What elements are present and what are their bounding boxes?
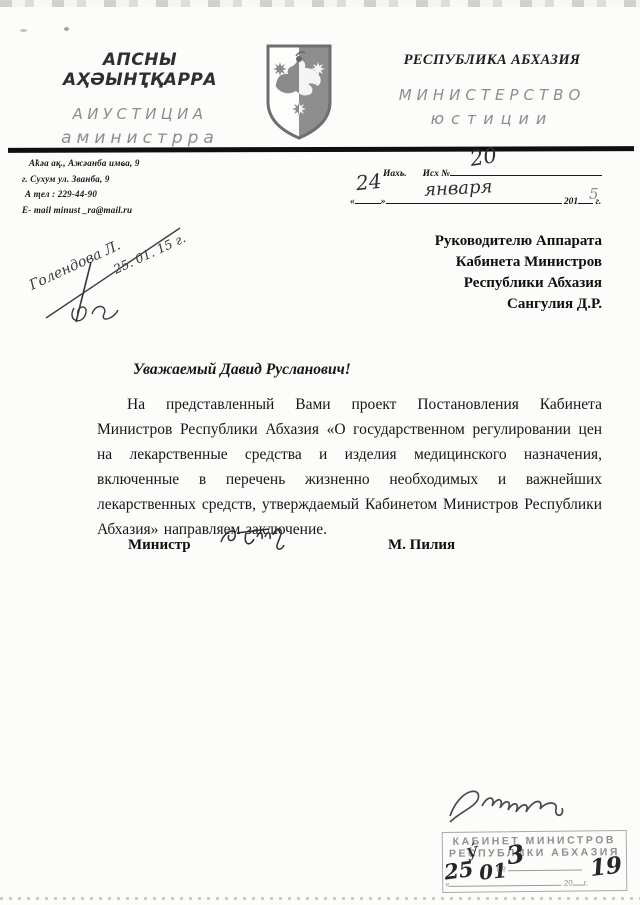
resolution-date-handwritten: 25. 01. 15 г. [110, 230, 188, 277]
scan-noise-dotted-line [0, 897, 640, 900]
signer-name: М. Пилия [388, 537, 455, 554]
incoming-label: Иахь. [383, 169, 407, 179]
outgoing-label: Исх № [423, 169, 450, 179]
outgoing-number-handwritten: 20 [468, 143, 498, 171]
ministry-name-russian-2: юстиции [382, 109, 602, 128]
ministry-name-abkhaz-1: АИУСТИЦИА [28, 105, 252, 123]
letter-paragraph: На представленный Вами проект Постановле… [97, 392, 602, 542]
email-line: E- mail minust _ra@mail.ru [22, 203, 140, 219]
phone-line: А ҭел : 229-44-90 [22, 187, 140, 203]
abkhazia-coat-of-arms-icon [263, 42, 335, 142]
stamp-year-handwritten: 19 [589, 852, 624, 883]
addressee-block: Руководителю Аппарата Кабинета Министров… [352, 231, 602, 315]
ministry-name-russian-1: МИНИСТЕРСТВО [382, 86, 602, 104]
addressee-line: Кабинета Министров [352, 252, 602, 273]
minister-signature-scribble [215, 512, 310, 557]
stamp-year-suffix: г. [584, 878, 588, 887]
scan-noise-strip [0, 0, 640, 7]
scanned-letter-page: АПСНЫ АҲӘЫНҬҚАРРА АИУСТИЦИА аминистрра Р… [0, 0, 640, 905]
year-printed: 201 [564, 197, 578, 207]
salutation: Уважаемый Давид Русланович! [133, 361, 351, 379]
signer-title: Министр [128, 537, 191, 554]
letterhead-left: АПСНЫ АҲӘЫНҬҚАРРА АИУСТИЦИА аминистрра [28, 50, 252, 148]
stamp-year-printed: 20 [564, 879, 573, 888]
scan-speck [20, 29, 27, 32]
state-name-abkhaz: АПСНЫ АҲӘЫНҬҚАРРА [28, 50, 252, 90]
addressee-line: Сангулия Д.Р. [352, 294, 602, 315]
stamp-day-handwritten: 25 [443, 856, 475, 885]
addressee-line: Руководителю Аппарата [352, 231, 602, 252]
stamp-month-handwritten: 01 [478, 858, 508, 885]
cabinet-received-stamp: КАБИНЕТ МИНИСТРОВ РЕСПУБЛИКИ АБХАЗИЯ № «… [442, 830, 628, 893]
resolution-note: Голендова Л. 25. 01. 15 г. [28, 222, 228, 334]
state-name-russian: РЕСПУБЛИКА АБХАЗИЯ [382, 52, 602, 69]
letterhead-right: РЕСПУБЛИКА АБХАЗИЯ МИНИСТЕРСТВО юстиции [382, 52, 602, 128]
letterhead-divider [8, 146, 634, 153]
stamp-year-line [573, 875, 584, 885]
address-russian: г. Сухум ул. Званба, 9 [22, 172, 140, 188]
ministry-name-abkhaz-2: аминистрра [28, 128, 252, 148]
month-handwritten: января [423, 176, 492, 201]
receipt-signature-scribble [438, 776, 628, 831]
addressee-line: Республики Абхазия [352, 273, 602, 294]
scan-speck [64, 27, 69, 31]
resolution-name-handwritten: Голендова Л. [28, 237, 123, 294]
year-digit-handwritten: 5 [589, 185, 599, 203]
day-handwritten: 24 [355, 169, 383, 196]
contact-block: Аҟәа ақ., Ажәанба имҩа, 9 г. Сухум ул. З… [22, 156, 140, 218]
address-abkhaz: Аҟәа ақ., Ажәанба имҩа, 9 [22, 156, 140, 172]
